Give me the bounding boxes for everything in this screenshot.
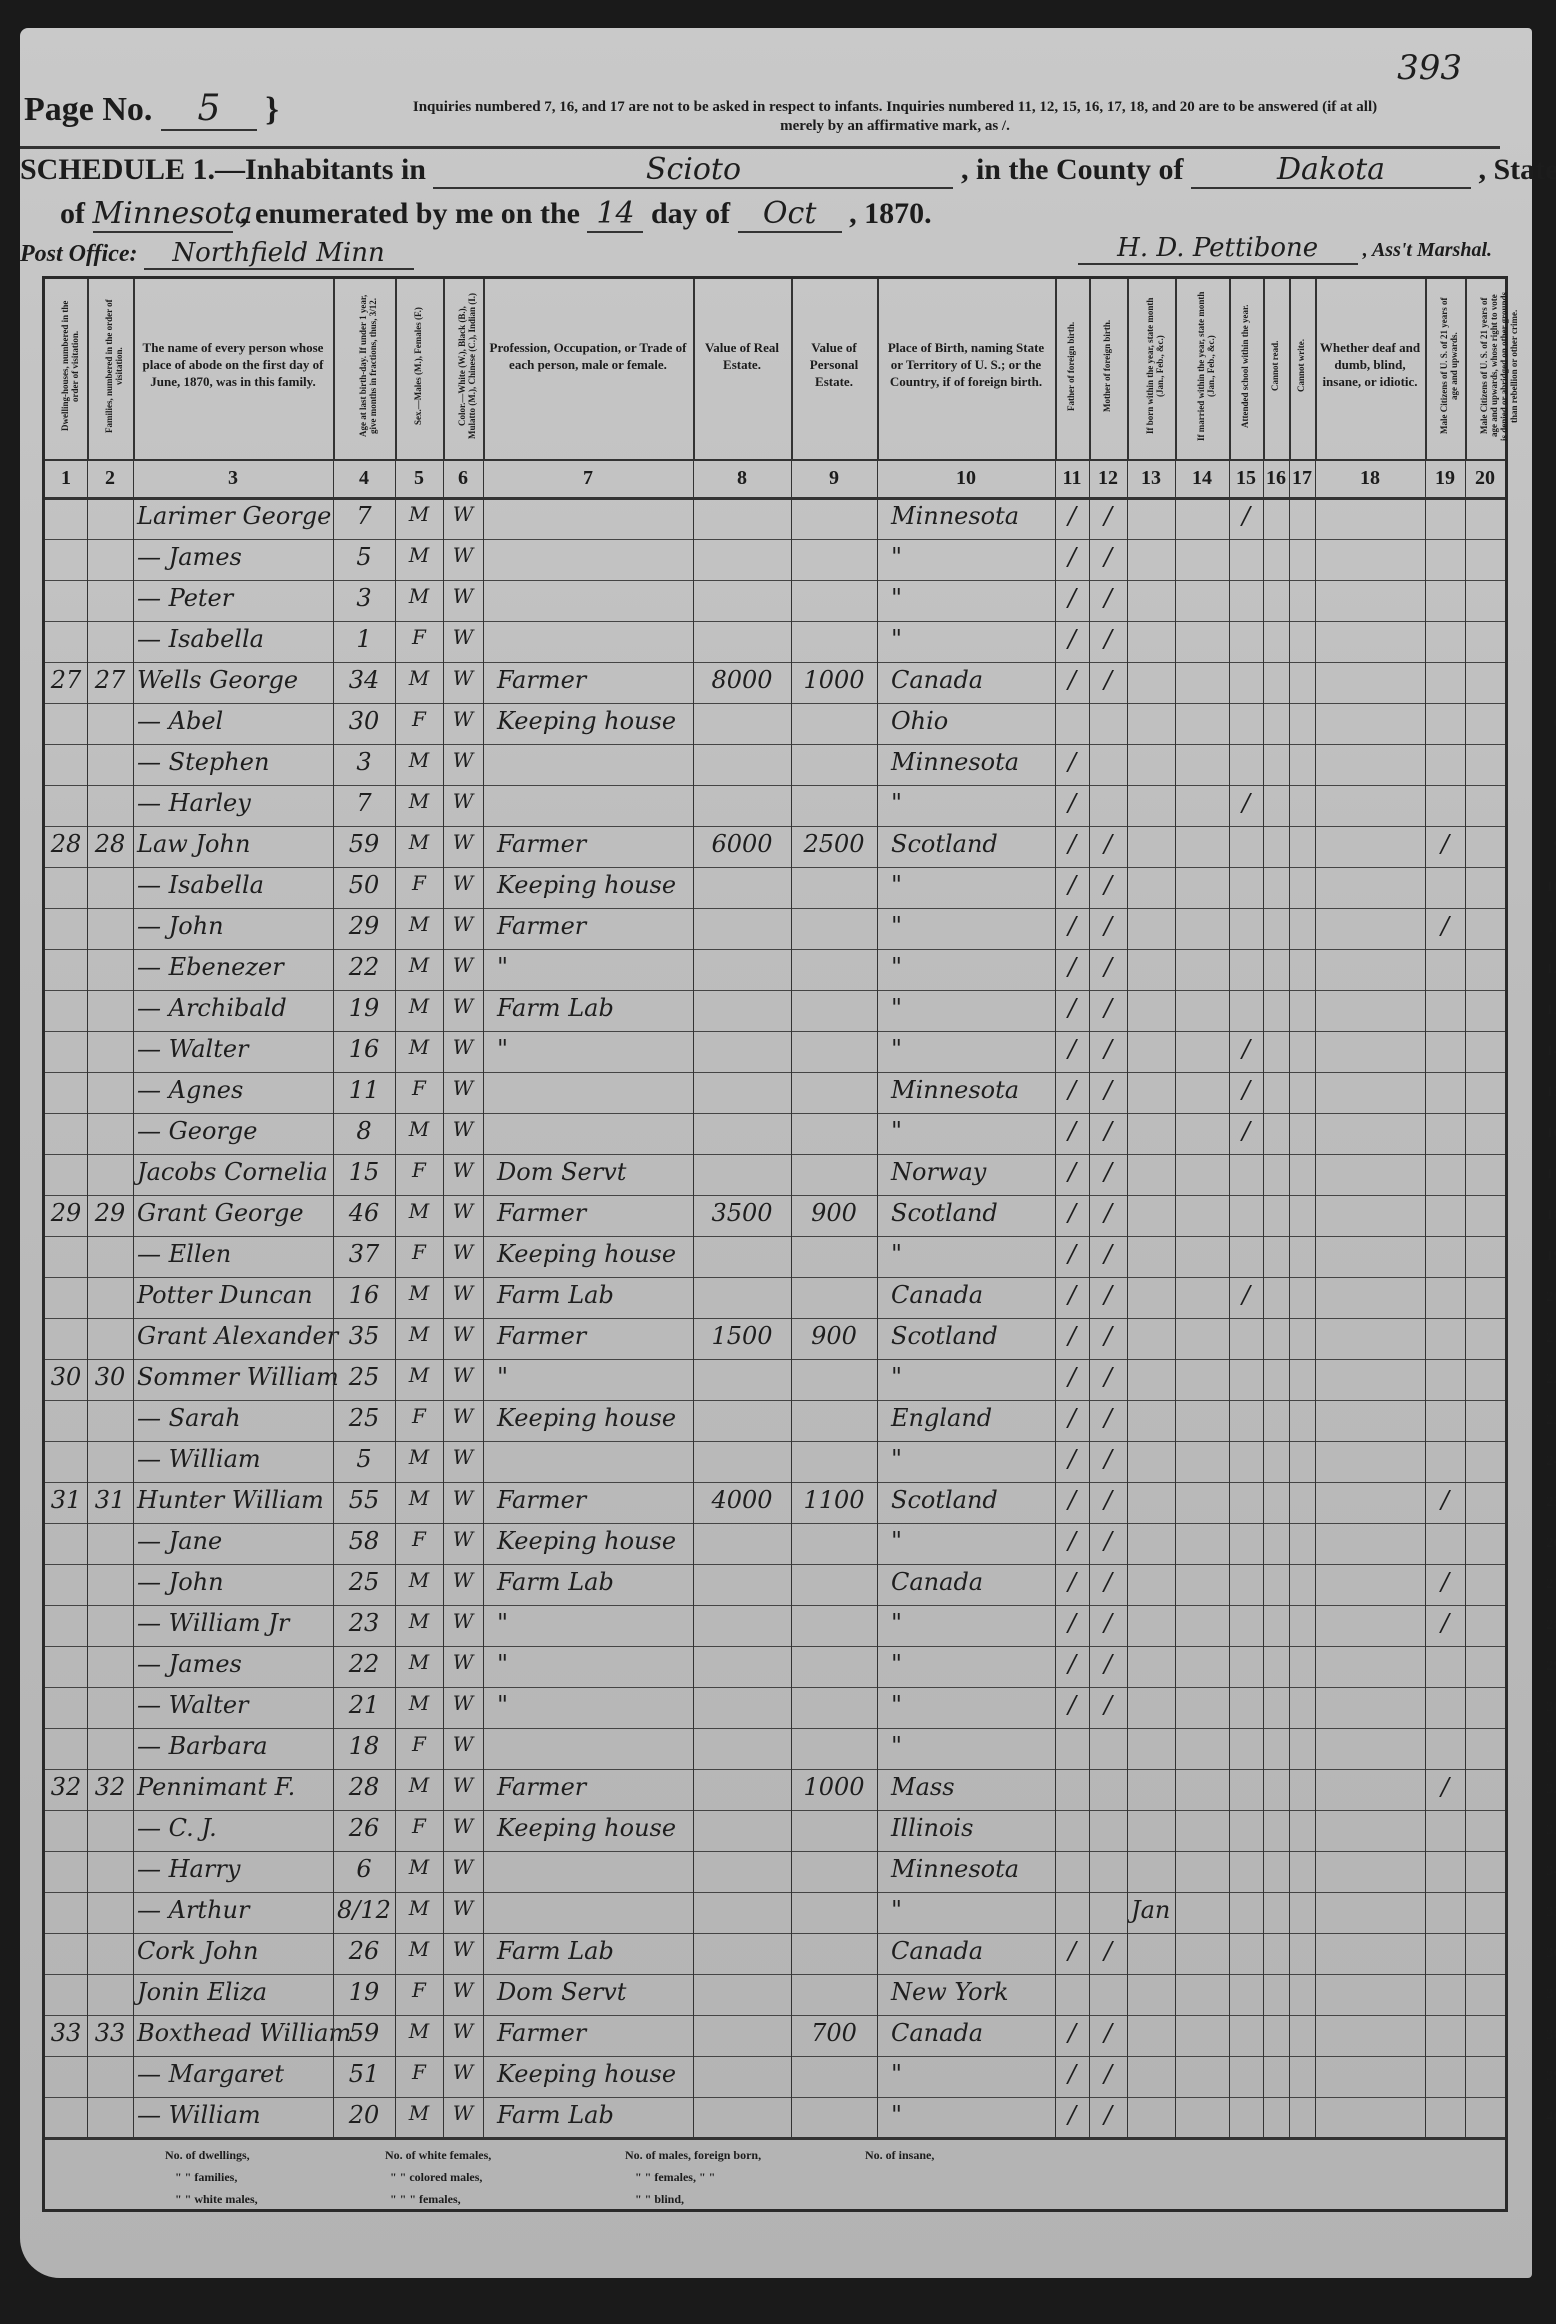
cell-age: 6 [337,1855,391,1883]
column-header-16: Cannot read. [1263,279,1291,459]
cell-family: 28 [91,830,129,858]
line-number: 12 [1546,961,1556,978]
table-row: Potter Duncan16MWFarm LabCanada///20 [45,1277,1505,1319]
cell-color: W [447,1978,479,2002]
cell-mother-foreign: / [1093,1486,1123,1514]
cell-mother-foreign: / [1093,502,1123,530]
cell-sex: F [399,1732,439,1756]
cell-color: W [447,953,479,977]
column-header-label: If born within the year, state month (Ja… [1145,291,1165,441]
cell-color: W [447,625,479,649]
cell-birthplace: " [881,1650,1061,1678]
schedule-line: SCHEDULE 1.—Inhabitants in Scioto , in t… [20,152,1556,189]
cell-name: — Isabella [137,871,329,899]
column-divider [133,279,134,2137]
cell-sex: M [399,1691,439,1715]
column-header-label: Male Citizens of U. S. of 21 years of ag… [1439,291,1459,441]
column-header-15: Attended school within the year. [1229,279,1265,459]
cell-sex: M [399,1363,439,1387]
cell-mother-foreign: / [1093,1937,1123,1965]
cell-age: 3 [337,584,391,612]
cell-age: 26 [337,1814,391,1842]
cell-sex: M [399,789,439,813]
cell-citizen: / [1429,1773,1461,1801]
cell-father-foreign: / [1059,1527,1085,1555]
cell-age: 5 [337,1445,391,1473]
cell-mother-foreign: / [1093,1445,1123,1473]
cell-occupation: " [487,1691,699,1719]
cell-born-month: Jan [1131,1896,1171,1924]
line-number: 10 [1546,879,1556,896]
cell-name: Sommer William [137,1363,329,1391]
cell-color: W [447,1814,479,1838]
line-number: 17 [1546,1166,1556,1183]
column-header-label: Color.—White (W.), Black (B.), Mulatto (… [457,291,477,441]
column-divider [1425,279,1426,2137]
cell-mother-foreign: / [1093,2060,1123,2088]
cell-mother-foreign: / [1093,1076,1123,1104]
cell-father-foreign: / [1059,1281,1085,1309]
table-row: Grant Alexander35MWFarmer1500900Scotland… [45,1318,1505,1360]
column-header-10: Place of Birth, naming State or Territor… [877,279,1057,459]
cell-sex: M [399,1650,439,1674]
table-row: — Abel30FWKeeping houseOhio6 [45,703,1505,745]
cell-father-foreign: / [1059,1076,1085,1104]
cell-color: W [447,2101,479,2125]
cell-real: 4000 [697,1486,787,1514]
cell-sex: F [399,1158,439,1182]
cell-citizen: / [1429,1568,1461,1596]
cell-name: — Sarah [137,1404,329,1432]
cell-color: W [447,748,479,772]
cell-mother-foreign: / [1093,543,1123,571]
cell-mother-foreign: / [1093,912,1123,940]
line-number: 34 [1546,1863,1556,1880]
cell-occupation: Farmer [487,666,699,694]
cell-age: 7 [337,789,391,817]
cell-birthplace: England [881,1404,1061,1432]
cell-name: — William [137,2101,329,2129]
cell-sex: F [399,707,439,731]
cell-name: Potter Duncan [137,1281,329,1309]
column-header-5: Sex.—Males (M.), Females (F.) [395,279,445,459]
cell-sex: F [399,1404,439,1428]
cell-father-foreign: / [1059,1117,1085,1145]
cell-mother-foreign: / [1093,1691,1123,1719]
cell-occupation: Keeping house [487,1814,699,1842]
cell-age: 20 [337,2101,391,2129]
table-row: — Ebenezer22MW""//12 [45,949,1505,991]
cell-sex: M [399,1322,439,1346]
cell-father-foreign: / [1059,1322,1085,1350]
cell-color: W [447,666,479,690]
cell-name: Law John [137,830,329,858]
cell-real: 8000 [697,666,787,694]
cell-name: — Harley [137,789,329,817]
column-header-17: Cannot write. [1289,279,1317,459]
cell-father-foreign: / [1059,1035,1085,1063]
cell-personal: 1100 [795,1486,873,1514]
table-row: 3333Boxthead William59MWFarmer700Canada/… [45,2015,1505,2057]
state-label: , State [1479,153,1556,186]
cell-sex: F [399,1814,439,1838]
cell-name: Cork John [137,1937,329,1965]
footer-colored-males: " " colored males, [390,2170,482,2185]
cell-personal: 900 [795,1322,873,1350]
column-divider [1055,279,1056,2137]
cell-age: 16 [337,1035,391,1063]
cell-mother-foreign: / [1093,2101,1123,2129]
cell-sex: M [399,584,439,608]
column-number: 6 [443,467,483,490]
cell-age: 22 [337,1650,391,1678]
cell-family: 31 [91,1486,129,1514]
cell-age: 35 [337,1322,391,1350]
cell-father-foreign: / [1059,1404,1085,1432]
table-row: — Margaret51FWKeeping house"//39 [45,2056,1505,2098]
cell-sex: M [399,1281,439,1305]
line-number: 29 [1546,1658,1556,1675]
column-divider [1229,279,1230,2137]
cell-mother-foreign: / [1093,1199,1123,1227]
cell-birthplace: Illinois [881,1814,1061,1842]
cell-age: 51 [337,2060,391,2088]
cell-mother-foreign: / [1093,584,1123,612]
cell-father-foreign: / [1059,1568,1085,1596]
cell-color: W [447,1855,479,1879]
enumeration-line: of Minnesota , enumerated by me on the 1… [60,196,932,233]
line-number: 39 [1546,2068,1556,2085]
cell-birthplace: " [881,584,1061,612]
footer-females-foreign: " " females, " " [635,2170,715,2185]
column-header-14: If married within the year, state month … [1175,279,1231,459]
line-number: 19 [1546,1248,1556,1265]
cell-sex: M [399,1199,439,1223]
cell-name: Jacobs Cornelia [137,1158,329,1186]
column-number: 12 [1089,467,1127,490]
cell-name: — James [137,543,329,571]
cell-occupation: Farmer [487,2019,699,2047]
table-row: 3131Hunter William55MWFarmer40001100Scot… [45,1482,1505,1524]
year-label: , 1870. [849,197,932,230]
cell-age: 58 [337,1527,391,1555]
cell-birthplace: Scotland [881,830,1061,858]
column-header-20: Male Citizens of U. S. of 21 years of ag… [1465,279,1505,459]
cell-dwelling: 27 [49,666,83,694]
column-number: 8 [693,467,791,490]
line-number: 38 [1546,2027,1556,2044]
cell-color: W [447,1076,479,1100]
cell-age: 7 [337,502,391,530]
cell-birthplace: Minnesota [881,502,1061,530]
marshal-signature-line: H. D. Pettibone , Ass't Marshal. [1078,233,1492,265]
cell-color: W [447,1896,479,1920]
column-header-label: Cannot write. [1296,291,1306,441]
line-number: 22 [1546,1371,1556,1388]
cell-age: 26 [337,1937,391,1965]
cell-personal: 900 [795,1199,873,1227]
inquiries-note-line2: merely by an affirmative mark, as /. [290,117,1500,136]
of-label: of [60,197,85,230]
cell-occupation: Farm Lab [487,2101,699,2129]
cell-sex: M [399,1486,439,1510]
cell-color: W [447,707,479,731]
column-number: 16 [1263,467,1289,490]
cell-occupation: " [487,953,699,981]
cell-birthplace: Scotland [881,1199,1061,1227]
cell-birthplace: Canada [881,2019,1061,2047]
table-row: — Jane58FWKeeping house"//26 [45,1523,1505,1565]
cell-name: — John [137,1568,329,1596]
cell-birthplace: Canada [881,1937,1061,1965]
cell-occupation: Farm Lab [487,1937,699,1965]
cell-occupation: " [487,1650,699,1678]
table-row: — George8MW"///16 [45,1113,1505,1155]
column-header-13: If born within the year, state month (Ja… [1127,279,1177,459]
cell-citizen: / [1429,912,1461,940]
cell-father-foreign: / [1059,1691,1085,1719]
line-number: 35 [1546,1904,1556,1921]
cell-mother-foreign: / [1093,1035,1123,1063]
cell-mother-foreign: / [1093,1568,1123,1596]
cell-age: 28 [337,1773,391,1801]
column-header-3: The name of every person whose place of … [133,279,335,459]
line-number: 14 [1546,1043,1556,1060]
cell-name: — Barbara [137,1732,329,1760]
cell-name: — Arthur [137,1896,329,1924]
column-number: 19 [1425,467,1465,490]
column-divider [693,279,694,2137]
cell-personal: 1000 [795,1773,873,1801]
cell-father-foreign: / [1059,1240,1085,1268]
cell-citizen: / [1429,1486,1461,1514]
cell-occupation: Keeping house [487,1404,699,1432]
table-row: — Sarah25FWKeeping houseEngland//23 [45,1400,1505,1442]
summary-footer: No. of dwellings, No. of white females, … [45,2137,1505,2210]
cell-color: W [447,994,479,1018]
column-divider [1175,279,1176,2137]
line-number: 23 [1546,1412,1556,1429]
column-divider [87,279,88,2137]
cell-color: W [447,1445,479,1469]
column-number: 2 [87,467,133,490]
cell-dwelling: 31 [49,1486,83,1514]
cell-father-foreign: / [1059,2019,1085,2047]
cell-occupation: Farmer [487,1773,699,1801]
column-number: 10 [877,467,1055,490]
footer-blind: " " blind, [635,2192,684,2207]
cell-birthplace: Minnesota [881,1076,1061,1104]
column-number: 3 [133,467,333,490]
cell-age: 55 [337,1486,391,1514]
table-row: — Walter21MW""//30 [45,1687,1505,1729]
cell-occupation: " [487,1363,699,1391]
cell-color: W [447,502,479,526]
cell-mother-foreign: / [1093,1650,1123,1678]
cell-citizen: / [1429,830,1461,858]
cell-father-foreign: / [1059,1158,1085,1186]
line-number: 36 [1546,1945,1556,1962]
column-number-row: 1234567891011121314151617181920 [45,459,1505,500]
column-number: 18 [1315,467,1425,490]
cell-name: Grant George [137,1199,329,1227]
table-row: — Harry6MWMinnesota34 [45,1851,1505,1893]
cell-father-foreign: / [1059,543,1085,571]
cell-name: — Jane [137,1527,329,1555]
census-table: Dwelling-houses, numbered in the order o… [42,276,1508,2212]
cell-age: 1 [337,625,391,653]
cell-sex: F [399,871,439,895]
cell-color: W [447,1363,479,1387]
column-header-4: Age at last birth-day. If under 1 year, … [333,279,397,459]
line-number: 20 [1546,1289,1556,1306]
table-row: — Agnes11FWMinnesota///15 [45,1072,1505,1114]
cell-mother-foreign: / [1093,1363,1123,1391]
cell-color: W [447,1281,479,1305]
column-number: 17 [1289,467,1315,490]
cell-name: — Harry [137,1855,329,1883]
line-number: 26 [1546,1535,1556,1552]
table-row: — James5MW"//2 [45,539,1505,581]
table-row: 2929Grant George46MWFarmer3500900Scotlan… [45,1195,1505,1237]
column-number: 1 [45,467,87,490]
column-header-2: Families, numbered in the order of visit… [87,279,135,459]
cell-name: — Ebenezer [137,953,329,981]
column-header-label: Place of Birth, naming State or Territor… [881,339,1051,390]
state-field: Minnesota [93,196,233,233]
cell-name: — James [137,1650,329,1678]
cell-mother-foreign: / [1093,1240,1123,1268]
column-header-label: Sex.—Males (M.), Females (F.) [413,291,423,441]
cell-father-foreign: / [1059,2060,1085,2088]
column-number: 7 [483,467,693,490]
cell-birthplace: Canada [881,1281,1061,1309]
cell-father-foreign: / [1059,830,1085,858]
table-row: — Stephen3MWMinnesota/7 [45,744,1505,786]
table-row: 3232Pennimant F.28MWFarmer1000Mass/32 [45,1769,1505,1811]
cell-birthplace: " [881,912,1061,940]
cell-name: Jonin Eliza [137,1978,329,2006]
cell-age: 30 [337,707,391,735]
cell-sex: M [399,1035,439,1059]
cell-sex: M [399,912,439,936]
column-divider [443,279,444,2137]
cell-color: W [447,1322,479,1346]
cell-school: / [1233,789,1259,817]
column-header-18: Whether deaf and dumb, blind, insane, or… [1315,279,1427,459]
cell-personal: 2500 [795,830,873,858]
cell-age: 25 [337,1568,391,1596]
cell-sex: M [399,994,439,1018]
cell-father-foreign: / [1059,666,1085,694]
cell-color: W [447,1691,479,1715]
cell-name: Grant Alexander [137,1322,329,1350]
cell-occupation: " [487,1609,699,1637]
cell-color: W [447,871,479,895]
cell-father-foreign: / [1059,871,1085,899]
cell-mother-foreign: / [1093,666,1123,694]
cell-age: 23 [337,1609,391,1637]
cell-mother-foreign: / [1093,871,1123,899]
cell-occupation: Farm Lab [487,1281,699,1309]
day-field: 14 [587,196,643,233]
post-office-label: Post Office: [20,241,138,267]
footer-males-foreign: No. of males, foreign born, [625,2148,761,2163]
enumerated-label: , enumerated by me on the [240,197,580,230]
cell-name: — Walter [137,1035,329,1063]
cell-birthplace: " [881,1445,1061,1473]
cell-name: — Archibald [137,994,329,1022]
cell-occupation: Farm Lab [487,1568,699,1596]
cell-personal: 700 [795,2019,873,2047]
column-header-label: Mother of foreign birth. [1102,291,1112,441]
column-header-label: Attended school within the year. [1240,291,1250,441]
cell-name: — John [137,912,329,940]
cell-name: — Walter [137,1691,329,1719]
cell-age: 16 [337,1281,391,1309]
cell-birthplace: " [881,625,1061,653]
table-row: — Isabella50FWKeeping house"//10 [45,867,1505,909]
cell-sex: M [399,1773,439,1797]
cell-occupation: Keeping house [487,871,699,899]
cell-occupation: Dom Servt [487,1158,699,1186]
cell-age: 59 [337,2019,391,2047]
cell-birthplace: " [881,1609,1061,1637]
column-divider [791,279,792,2137]
cell-age: 37 [337,1240,391,1268]
cell-birthplace: " [881,994,1061,1022]
cell-birthplace: " [881,953,1061,981]
column-number: 11 [1055,467,1089,490]
cell-color: W [447,1609,479,1633]
footer-colored-females: " " " females, [390,2192,461,2207]
table-row: 3030Sommer William25MW""//22 [45,1359,1505,1401]
cell-name: — Isabella [137,625,329,653]
cell-sex: M [399,2101,439,2125]
column-divider [333,279,334,2137]
cell-family: 30 [91,1363,129,1391]
cell-birthplace: Norway [881,1158,1061,1186]
cell-birthplace: Minnesota [881,748,1061,776]
cell-father-foreign: / [1059,1609,1085,1637]
cell-age: 25 [337,1363,391,1391]
cell-name: — C. J. [137,1814,329,1842]
cell-sex: F [399,2060,439,2084]
column-divider [1089,279,1090,2137]
cell-occupation: Farm Lab [487,994,699,1022]
cell-occupation: " [487,1035,699,1063]
cell-sex: M [399,1445,439,1469]
cell-color: W [447,1773,479,1797]
line-number: 21 [1546,1330,1556,1347]
cell-birthplace: " [881,1117,1061,1145]
cell-occupation: Farmer [487,1322,699,1350]
line-number: 33 [1546,1822,1556,1839]
table-row: — Arthur8/12MW"Jan35 [45,1892,1505,1934]
table-row: — C. J.26FWKeeping houseIllinois33 [45,1810,1505,1852]
line-number: 25 [1546,1494,1556,1511]
column-header-label: Male Citizens of U. S. of 21 years of ag… [1479,291,1519,441]
cell-father-foreign: / [1059,789,1085,817]
cell-occupation: Farmer [487,912,699,940]
cell-sex: M [399,1855,439,1879]
cell-father-foreign: / [1059,625,1085,653]
cell-sex: M [399,830,439,854]
cell-mother-foreign: / [1093,994,1123,1022]
cell-birthplace: " [881,1896,1061,1924]
cell-name: Wells George [137,666,329,694]
cell-age: 21 [337,1691,391,1719]
